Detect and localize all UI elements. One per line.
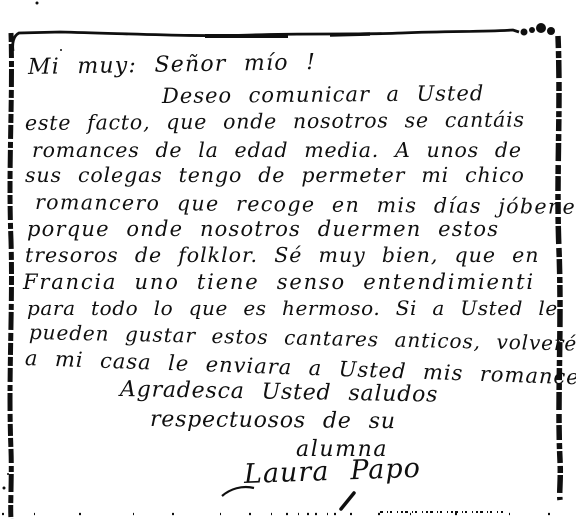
body-line: sus colegas tengo de permeter mi chico xyxy=(25,163,525,187)
signature: Laura Papo xyxy=(243,453,421,490)
ink-blob xyxy=(536,23,546,33)
speck xyxy=(60,49,62,51)
body-line: Deseo comunicar a Usted xyxy=(162,81,485,108)
body-line: Francia uno tiene senso entendimienti xyxy=(23,270,535,294)
ink-blob xyxy=(547,27,555,35)
ink-blob xyxy=(529,27,535,33)
body-line: porque onde nosotros duermen estos xyxy=(27,217,499,241)
scan-border-right xyxy=(558,36,560,500)
speck xyxy=(7,473,9,475)
body-line: romances de la edad media. A unos de xyxy=(32,138,522,162)
scan-border-left xyxy=(10,33,11,519)
body-line: este facto, que onde nosotros se cantáis xyxy=(25,108,525,135)
closing-line: Agradesca Usted saludos xyxy=(120,377,439,408)
speck xyxy=(36,2,39,5)
body-line: romancero que recoge en mis días jóbenes… xyxy=(35,190,576,219)
ink-blob xyxy=(521,29,528,36)
scanned-letter-page: Mi muy: Señor mío ! Deseo comunicar a Us… xyxy=(0,0,576,519)
body-line: tresoros de folklor. Sé muy bien, que en xyxy=(25,243,539,267)
pen-slash xyxy=(341,493,354,509)
closing-line: respectuosos de su xyxy=(150,407,396,434)
salutation-line: Mi muy: Señor mío ! xyxy=(28,50,317,80)
speck xyxy=(3,487,6,490)
body-line: para todo lo que es hermoso. Si a Usted … xyxy=(27,296,558,320)
torn-edge-top xyxy=(13,30,519,51)
torn-edge-thick-segment xyxy=(330,34,370,35)
